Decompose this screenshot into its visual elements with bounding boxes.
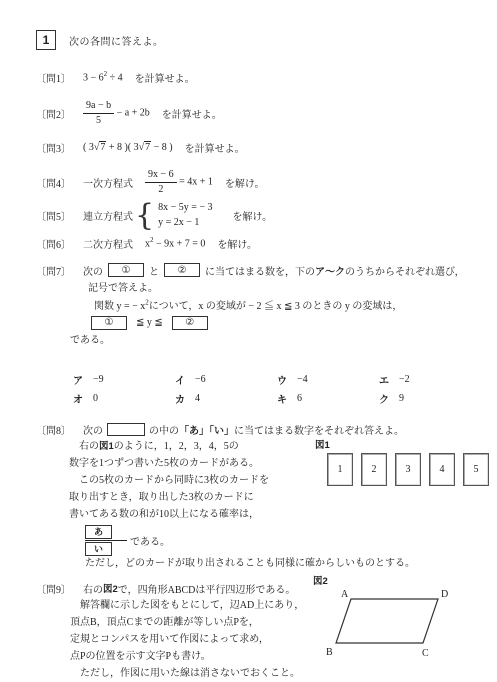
- card-2: 2: [361, 453, 387, 486]
- q3-p1: ( 3√: [83, 142, 99, 153]
- choice-u-value: −4: [297, 374, 308, 385]
- q9-label: 〔問9〕: [36, 581, 71, 596]
- q9-fig2-ref: 図2: [103, 581, 118, 595]
- q4-frac-den: 2: [145, 182, 177, 196]
- card-3: 3: [395, 453, 421, 486]
- q9-line1-a: 右の: [83, 581, 103, 596]
- q1-expression: 3 − 62 ÷ 4: [83, 70, 123, 83]
- q8-line1-b: の中の: [149, 422, 179, 437]
- q7-line1-d: のうちからそれぞれ選び，: [345, 263, 465, 278]
- choice-a-value: −9: [93, 374, 104, 385]
- q5-type: 連立方程式: [83, 208, 133, 223]
- section-header: 1 次の各問に答えよ。: [36, 30, 497, 50]
- figure2: 図2 A D B C: [313, 573, 328, 587]
- choice-e: エ−2: [379, 372, 481, 386]
- question-8: 〔問8〕 次の の中の「あ」「い」に当てはまる数字をそれぞれ答えよ。 右の図1の…: [36, 420, 497, 571]
- parallelogram-shape: [336, 599, 438, 643]
- q7-line1: 〔問7〕 次の ① と ② に当てはまる数を，下のア～クのうちからそれぞれ選び，: [36, 262, 497, 278]
- q2-instruction: を計算せよ。: [162, 106, 222, 121]
- choice-i: イ−6: [175, 372, 277, 386]
- figure1: 図1 1 2 3 4 5: [315, 437, 330, 451]
- q7-choices: ア−9 イ−6 ウ−4 エ−2 オ0 カ4 キ6 ク9: [73, 372, 497, 405]
- q7-line1-b: と: [149, 263, 159, 278]
- question-2: 〔問2〕 9a − b5 − a + 2b を計算せよ。: [36, 99, 497, 127]
- choice-a: ア−9: [73, 372, 175, 386]
- figure2-label: 図2: [313, 573, 328, 587]
- question-4: 〔問4〕 一次方程式 9x − 62 = 4x + 1 を解け。: [36, 168, 497, 196]
- card-4: 4: [429, 453, 455, 486]
- question-6: 〔問6〕 二次方程式 x2 − 9x + 7 = 0 を解け。: [36, 236, 497, 250]
- choice-i-value: −6: [195, 374, 206, 385]
- q2-frac-den: 5: [83, 113, 114, 127]
- question-3: 〔問3〕 ( 3√7 + 8 )( 3√7 − 8 ) を計算せよ。: [36, 140, 497, 154]
- q2-frac-num: 9a − b: [83, 100, 114, 113]
- q6-label: 〔問6〕: [36, 236, 71, 251]
- q8-note: ただし，どのカードが取り出されることも同様に確からしいものとする。: [85, 557, 497, 571]
- q3-p2: + 8 )( 3√: [106, 142, 144, 153]
- section-title: 次の各問に答えよ。: [69, 33, 164, 48]
- q8-frac-denominator-box: い: [85, 542, 112, 556]
- choice-u-key: ウ: [277, 372, 287, 387]
- q6-expression: x2 − 9x + 7 = 0: [145, 236, 205, 249]
- choice-ka: カ4: [175, 391, 277, 405]
- choice-o-key: オ: [73, 391, 83, 406]
- q4-label: 〔問4〕: [36, 175, 71, 190]
- system-brace: {: [135, 198, 154, 233]
- q8-body1-b: のように，1，2，3，4，5の: [114, 441, 239, 452]
- choice-o: オ0: [73, 391, 175, 405]
- q7-line1-c: に当てはまる数を，下の: [205, 263, 315, 278]
- choice-e-key: エ: [379, 372, 389, 387]
- q5-eq1: 8x − 5y = − 3: [158, 200, 212, 215]
- q3-instruction: を計算せよ。: [185, 140, 245, 155]
- q5-label: 〔問5〕: [36, 208, 71, 223]
- q5-system: 8x − 5y = − 3y = 2x − 1: [158, 200, 212, 230]
- vertex-a-label: A: [341, 589, 349, 600]
- q8-line1-c: に当てはまる数字をそれぞれ答えよ。: [234, 422, 404, 437]
- q1-instruction: を計算せよ。: [135, 70, 195, 85]
- choice-ku-key: ク: [379, 391, 389, 406]
- question-7: 〔問7〕 次の ① と ② に当てはまる数を，下のア～クのうちからそれぞれ選び，…: [36, 262, 497, 346]
- q8-label: 〔問8〕: [36, 422, 71, 437]
- figure1-cards: 1 2 3 4 5: [327, 453, 489, 486]
- q7-range-mid: ≦ y ≦: [136, 317, 163, 328]
- q7-function-expr: 関数 y = − x2: [94, 297, 149, 312]
- q1-label: 〔問1〕: [36, 70, 71, 85]
- q7-line3: 関数 y = − x2について，x の変域が − 2 ≦ x ≦ 3 のときの …: [94, 294, 497, 314]
- q5-instruction: を解け。: [233, 208, 273, 223]
- q2-expression: 9a − b5 − a + 2b: [83, 100, 150, 126]
- q8-fraction: あ い: [85, 525, 127, 556]
- choice-ki-value: 6: [297, 393, 302, 404]
- q4-expression: 9x − 62 = 4x + 1: [145, 169, 213, 195]
- section-number-box: 1: [36, 30, 56, 50]
- vertex-b-label: B: [326, 647, 333, 658]
- q7-line3-a: 関数 y = − x: [94, 301, 145, 312]
- q6-instruction: を解け。: [217, 236, 257, 251]
- q8-body-line4: 取り出すとき，取り出した3枚のカードに: [69, 489, 497, 506]
- q8-body1-a: 右の: [69, 441, 99, 452]
- q2-label: 〔問2〕: [36, 106, 71, 121]
- q1-expr-b: ÷ 4: [107, 73, 123, 84]
- q3-label: 〔問3〕: [36, 140, 71, 155]
- q7-range-line: ① ≦ y ≦ ②: [86, 314, 497, 331]
- q7-range-box-2: ②: [172, 316, 208, 330]
- q8-line1: 〔問8〕 次の の中の「あ」「い」に当てはまる数字をそれぞれ答えよ。: [36, 420, 497, 438]
- choice-i-key: イ: [175, 372, 185, 387]
- q8-probability-fraction-row: あ い である。: [85, 523, 497, 557]
- choice-ka-key: カ: [175, 391, 185, 406]
- q4-type: 一次方程式: [83, 175, 133, 190]
- choice-ku-value: 9: [399, 393, 404, 404]
- choice-o-value: 0: [93, 393, 98, 404]
- q7-choice-range: ア～ク: [315, 263, 345, 278]
- q9-body-line5: ただし，作図に用いた線は消さないでおくこと。: [70, 665, 497, 682]
- q8-line1-a: 次の: [83, 422, 103, 437]
- choice-e-value: −2: [399, 374, 410, 385]
- q8-fig1-ref: 図1: [99, 441, 114, 452]
- vertex-c-label: C: [422, 648, 429, 659]
- choice-ku: ク9: [379, 391, 481, 405]
- card-1: 1: [327, 453, 353, 486]
- q4-instruction: を解け。: [225, 175, 265, 190]
- card-5: 5: [463, 453, 489, 486]
- q8-answer-box: [107, 423, 145, 436]
- q6-expr-b: − 9x + 7 = 0: [154, 239, 206, 250]
- q4-fraction: 9x − 62: [145, 169, 177, 195]
- q7-blank-box-2: ②: [164, 263, 200, 277]
- q2-expr-b: − a + 2b: [117, 107, 150, 118]
- choice-ki-key: キ: [277, 391, 287, 406]
- q9-line1-b: で，四角形ABCDは平行四辺形である。: [118, 581, 296, 596]
- q2-fraction: 9a − b5: [83, 100, 114, 126]
- question-5: 〔問5〕 連立方程式 { 8x − 5y = − 3y = 2x − 1 を解け…: [36, 198, 497, 232]
- q5-eq2: y = 2x − 1: [158, 215, 212, 230]
- q8-body-line5: 書いてある数の和が10以上になる確率は，: [69, 506, 497, 523]
- q7-range-box-1: ①: [91, 316, 127, 330]
- choice-ki: キ6: [277, 391, 379, 405]
- q7-line5: である。: [70, 331, 497, 346]
- q1-expr-a: 3 − 6: [83, 73, 104, 84]
- q8-fraction-bar: [85, 540, 127, 541]
- parallelogram-drawing: A D B C: [317, 586, 457, 666]
- q8-frac-numerator-box: あ: [85, 525, 112, 539]
- q7-line3-b: について，x の変域が − 2 ≦ x ≦ 3 のときの y の変域は，: [149, 297, 403, 312]
- question-1: 〔問1〕 3 − 62 ÷ 4 を計算せよ。: [36, 70, 497, 84]
- q7-line1-a: 次の: [83, 263, 103, 278]
- choice-a-key: ア: [73, 372, 83, 387]
- exam-page: 1 次の各問に答えよ。 〔問1〕 3 − 62 ÷ 4 を計算せよ。 〔問2〕 …: [0, 0, 497, 682]
- q3-p3: − 8 ): [151, 142, 172, 153]
- q6-type: 二次方程式: [83, 236, 133, 251]
- q7-line2: 記号で答えよ。: [88, 278, 497, 294]
- choice-u: ウ−4: [277, 372, 379, 386]
- q8-frac-after: である。: [130, 533, 170, 548]
- q8-kana-refs: 「あ」「い」: [179, 422, 234, 437]
- q4-expr-b: = 4x + 1: [179, 176, 213, 187]
- q7-label: 〔問7〕: [36, 263, 71, 278]
- q3-expression: ( 3√7 + 8 )( 3√7 − 8 ): [83, 142, 173, 153]
- vertex-d-label: D: [441, 589, 448, 600]
- figure1-label: 図1: [315, 437, 330, 451]
- q4-frac-num: 9x − 6: [145, 169, 177, 182]
- q7-blank-box-1: ①: [108, 263, 144, 277]
- choice-ka-value: 4: [195, 393, 200, 404]
